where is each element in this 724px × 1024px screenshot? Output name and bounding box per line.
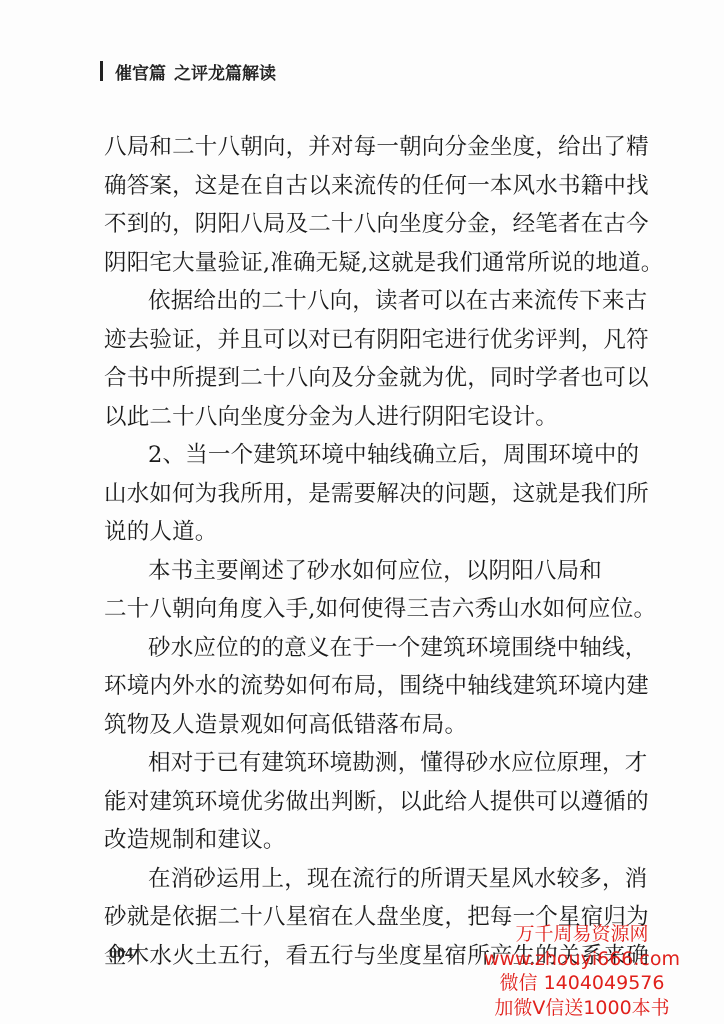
text-line: 合书中所提到二十八向及分金就为优，同时学者也可以 — [104, 359, 624, 398]
watermark-promo: 加微V信送1000本书 — [440, 996, 724, 1021]
text-line: 说的人道。 — [104, 513, 624, 552]
text-line: 以此二十八向坐度分金为人进行阴阳宅设计。 — [104, 398, 624, 437]
text-line: 本书主要阐述了砂水如何应位，以阴阳八局和 — [104, 552, 624, 591]
watermark-wechat: 微信 1404049576 — [440, 971, 724, 996]
text-line: 八局和二十八朝向，并对每一朝向分金坐度，给出了精 — [104, 128, 624, 167]
watermark-site-name: 万千周易资源网 — [440, 922, 724, 947]
text-line: 阴阳宅大量验证,准确无疑,这就是我们通常所说的地道。 — [104, 244, 624, 283]
text-line: 2、当一个建筑环境中轴线确立后，周围环境中的 — [104, 436, 624, 475]
text-line: 筑物及人造景观如何高低错落布局。 — [104, 706, 624, 745]
text-line: 能对建筑环境优劣做出判断，以此给人提供可以遵循的 — [104, 783, 624, 822]
text-line: 不到的，阴阳八局及二十八向坐度分金，经笔者在古今 — [104, 205, 624, 244]
text-line: 砂水应位的的意义在于一个建筑环境围绕中轴线， — [104, 629, 624, 668]
header-subtitle: 之评龙篇解读 — [174, 59, 276, 84]
text-line: 改造规制和建议。 — [104, 821, 624, 860]
text-line: 迹去验证，并且可以对已有阴阳宅进行优劣评判，凡符 — [104, 321, 624, 360]
text-line: 在消砂运用上，现在流行的所谓天星风水较多，消 — [104, 860, 624, 899]
page-number: 004 — [109, 945, 133, 963]
body-text: 八局和二十八朝向，并对每一朝向分金坐度，给出了精 确答案，这是在自古以来流传的任… — [104, 128, 624, 975]
text-line: 依据给出的二十八向，读者可以在古来流传下来古 — [104, 282, 624, 321]
header-rule — [100, 61, 103, 81]
text-line: 山水如何为我所用，是需要解决的问题，这就是我们所 — [104, 475, 624, 514]
watermark-url: www.zhouyi666.com — [440, 947, 724, 972]
text-line: 环境内外水的流势如何布局，围绕中轴线建筑环境内建 — [104, 667, 624, 706]
watermark: 万千周易资源网 www.zhouyi666.com 微信 1404049576 … — [440, 922, 724, 1020]
header-book-part: 催官篇 — [115, 59, 166, 84]
text-line: 二十八朝向角度入手,如何使得三吉六秀山水如何应位。 — [104, 590, 624, 629]
text-line: 相对于已有建筑环境勘测，懂得砂水应位原理，才 — [104, 744, 624, 783]
running-header: 催官篇 之评龙篇解读 — [100, 58, 276, 84]
text-line: 确答案，这是在自古以来流传的任何一本风水书籍中找 — [104, 167, 624, 206]
